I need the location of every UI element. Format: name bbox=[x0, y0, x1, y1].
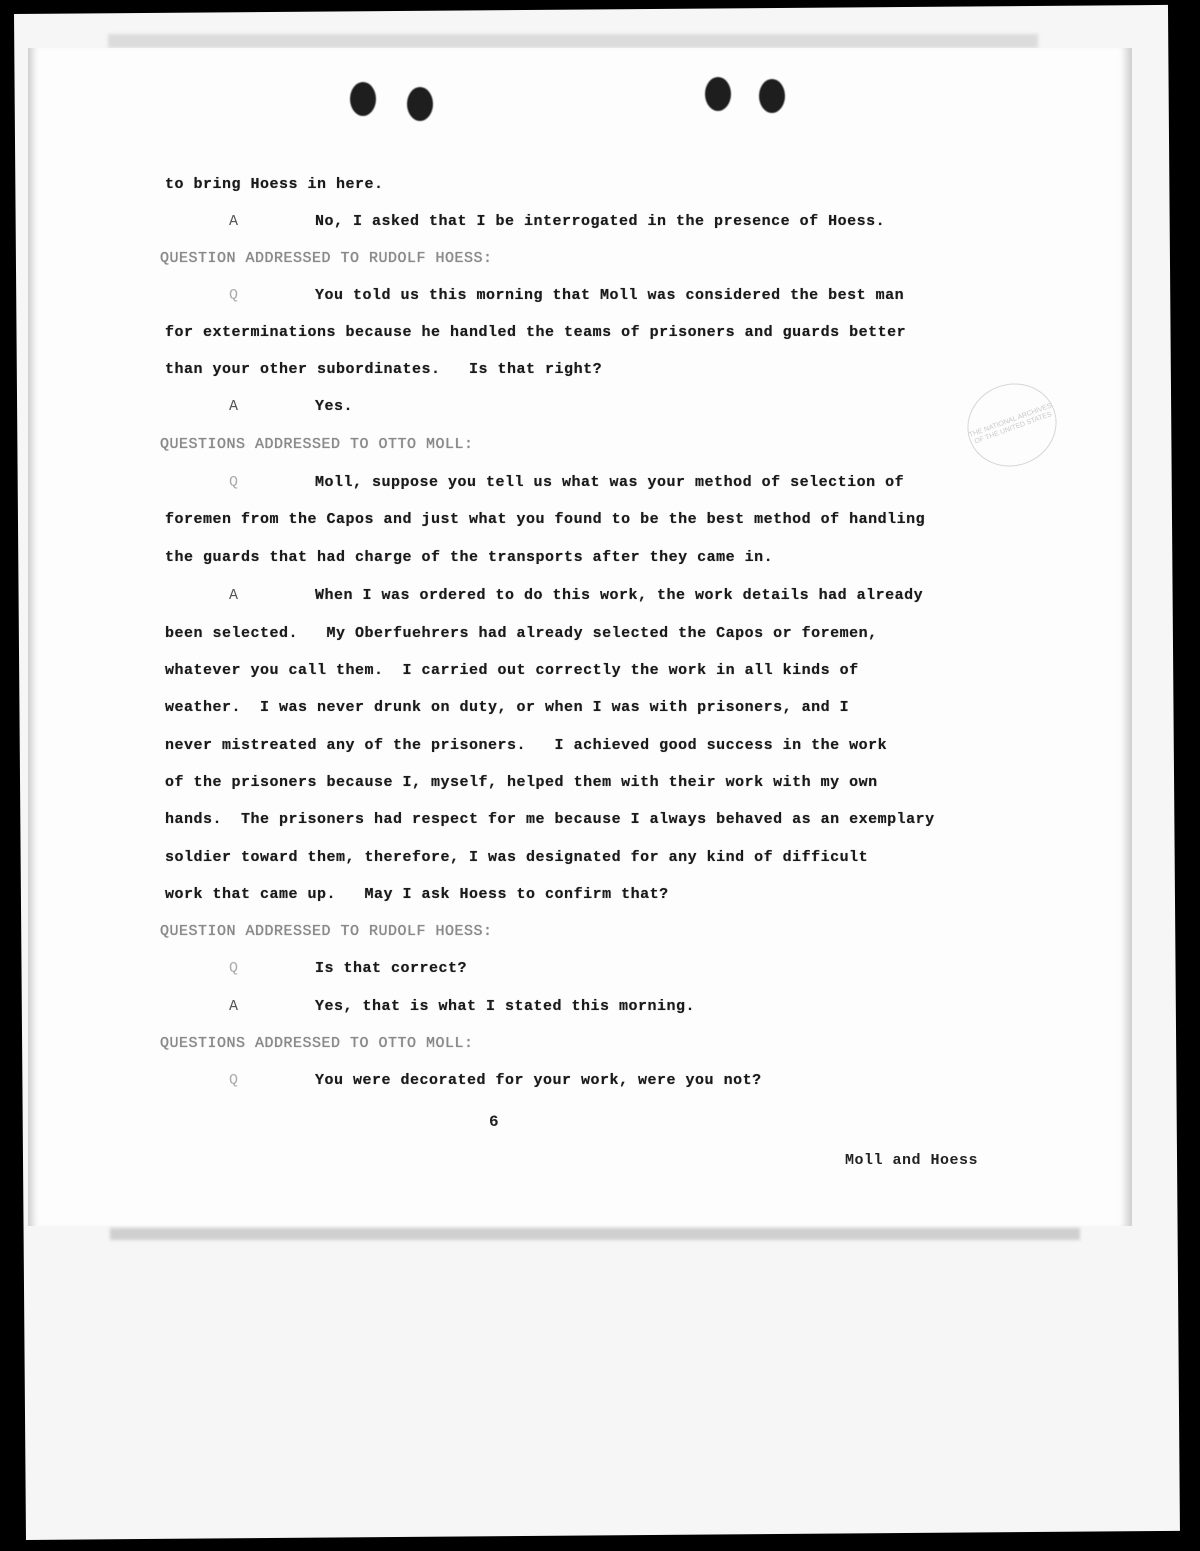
punch-hole-icon bbox=[759, 79, 785, 113]
transcript-line: never mistreated any of the prisoners. I… bbox=[165, 737, 887, 754]
punch-hole-icon bbox=[705, 77, 731, 111]
question-label: Q bbox=[229, 287, 238, 304]
answer-text: Yes. bbox=[315, 398, 353, 415]
question-label: Q bbox=[229, 1072, 238, 1089]
transcript-line: hands. The prisoners had respect for me … bbox=[165, 811, 935, 828]
answer-text: When I was ordered to do this work, the … bbox=[315, 587, 923, 604]
section-heading: QUESTION ADDRESSED TO RUDOLF HOESS: bbox=[160, 250, 493, 267]
transcript-line: of the prisoners because I, myself, help… bbox=[165, 774, 878, 791]
transcript-line: weather. I was never drunk on duty, or w… bbox=[165, 699, 849, 716]
punch-hole-icon bbox=[407, 87, 433, 121]
transcript-line: whatever you call them. I carried out co… bbox=[165, 662, 859, 679]
question-text: You told us this morning that Moll was c… bbox=[315, 287, 904, 304]
question-text: Moll, suppose you tell us what was your … bbox=[315, 474, 904, 491]
transcript-line: foremen from the Capos and just what you… bbox=[165, 511, 925, 528]
page-top-shadow bbox=[108, 34, 1038, 48]
answer-text: No, I asked that I be interrogated in th… bbox=[315, 213, 885, 230]
section-heading: QUESTIONS ADDRESSED TO OTTO MOLL: bbox=[160, 436, 474, 453]
page-number: 6 bbox=[489, 1113, 499, 1131]
transcript-line: work that came up. May I ask Hoess to co… bbox=[165, 886, 669, 903]
footer-title: Moll and Hoess bbox=[845, 1152, 978, 1169]
question-text: You were decorated for your work, were y… bbox=[315, 1072, 762, 1089]
answer-label: A bbox=[229, 213, 238, 230]
transcript-line: than your other subordinates. Is that ri… bbox=[165, 361, 602, 378]
transcript-line: soldier toward them, therefore, I was de… bbox=[165, 849, 868, 866]
transcript-line: the guards that had charge of the transp… bbox=[165, 549, 773, 566]
answer-label: A bbox=[229, 998, 238, 1015]
answer-label: A bbox=[229, 587, 238, 604]
transcript-line: been selected. My Oberfuehrers had alrea… bbox=[165, 625, 878, 642]
transcript-line: to bring Hoess in here. bbox=[165, 176, 384, 193]
archive-stamp-text: THE NATIONAL ARCHIVES OF THE UNITED STAT… bbox=[968, 403, 1056, 448]
question-text: Is that correct? bbox=[315, 960, 467, 977]
page-bottom-shadow bbox=[110, 1228, 1080, 1240]
answer-label: A bbox=[229, 398, 238, 415]
transcript-line: for exterminations because he handled th… bbox=[165, 324, 906, 341]
section-heading: QUESTIONS ADDRESSED TO OTTO MOLL: bbox=[160, 1035, 474, 1052]
question-label: Q bbox=[229, 474, 238, 491]
answer-text: Yes, that is what I stated this morning. bbox=[315, 998, 695, 1015]
section-heading: QUESTION ADDRESSED TO RUDOLF HOESS: bbox=[160, 923, 493, 940]
question-label: Q bbox=[229, 960, 238, 977]
punch-hole-icon bbox=[350, 82, 376, 116]
